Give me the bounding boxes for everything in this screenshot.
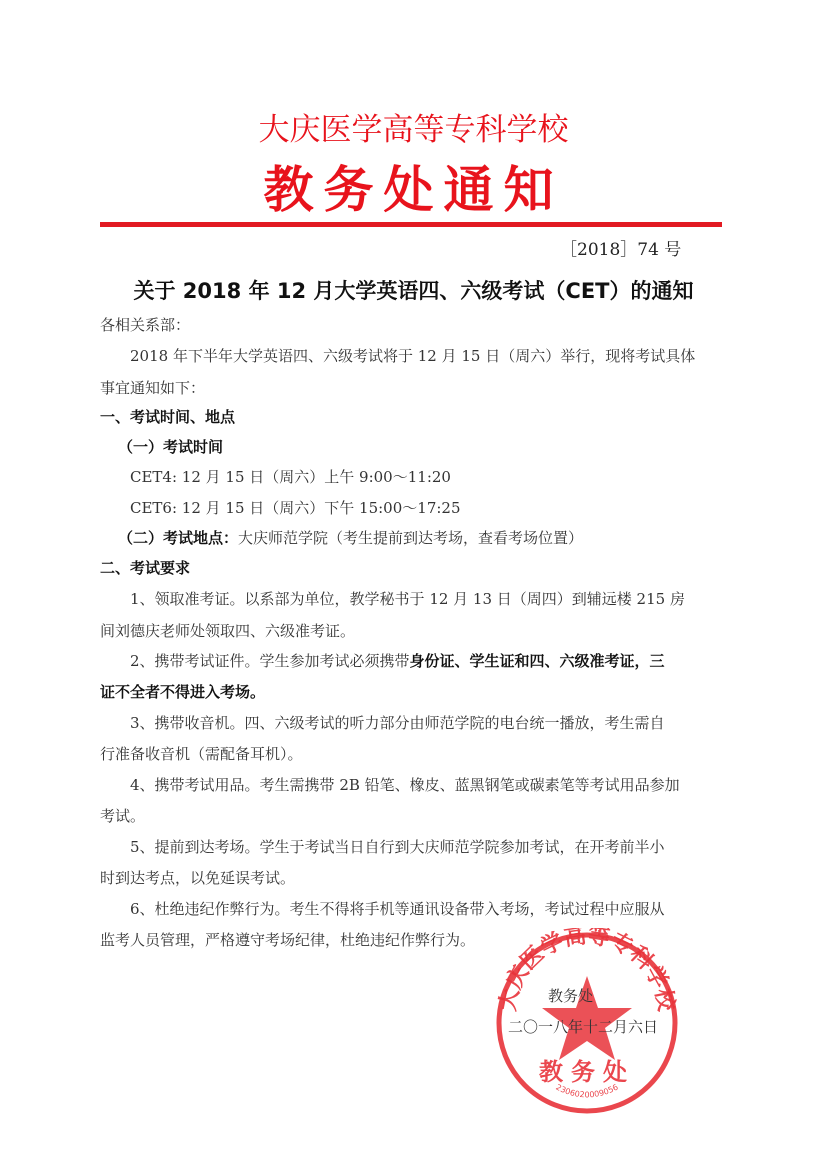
requirement-2-line-1: 2、携带考试证件。学生参加考试必须携带身份证、学生证和四、六级准考证，三 (130, 650, 665, 671)
requirement-2-bold: 身份证、学生证和四、六级准考证，三 (410, 652, 665, 670)
exam-location-value: 大庆师范学院（考生提前到达考场，查看考场位置） (238, 529, 583, 547)
document-number: ［2018］74 号 (560, 235, 681, 260)
intro-line-2: 事宜通知如下： (100, 377, 205, 398)
seal-center-text: 教务处 (539, 1058, 635, 1086)
section-1-heading: 一、考试时间、地点 (100, 406, 235, 427)
school-name: 大庆医学高等专科学校 (0, 104, 827, 149)
salutation: 各相关系部： (100, 314, 190, 335)
header-divider (100, 222, 722, 227)
issue-date: 二〇一八年十二月六日 (508, 1016, 658, 1037)
section-2-heading: 二、考试要求 (100, 557, 190, 578)
requirement-1-line-1: 1、领取准考证。以系部为单位，教学秘书于 12 月 13 日（周四）到辅远楼 2… (130, 588, 685, 609)
requirement-2-line-2: 证不全者不得进入考场。 (100, 681, 265, 702)
cet6-time: CET6: 12 月 15 日（周六）下午 15:00～17:25 (130, 497, 461, 518)
requirement-6-line-2: 监考人员管理，严格遵守考场纪律，杜绝违纪作弊行为。 (100, 929, 475, 950)
requirement-5-line-2: 时到达考点，以免延误考试。 (100, 867, 295, 888)
requirement-3-line-1: 3、携带收音机。四、六级考试的听力部分由师范学院的电台统一播放，考生需自 (130, 712, 665, 733)
exam-location: （二）考试地点：大庆师范学院（考生提前到达考场，查看考场位置） (118, 527, 583, 548)
requirement-6-line-1: 6、杜绝违纪作弊行为。考生不得将手机等通讯设备带入考场，考试过程中应服从 (130, 898, 665, 919)
requirement-1-line-2: 间刘德庆老师处领取四、六级准考证。 (100, 620, 355, 641)
requirement-2-text: 2、携带考试证件。学生参加考试必须携带 (130, 652, 410, 670)
requirement-5-line-1: 5、提前到达考场。学生于考试当日自行到大庆师范学院参加考试，在开考前半小 (130, 836, 665, 857)
notice-title: 关于 2018 年 12 月大学英语四、六级考试（CET）的通知 (0, 275, 827, 305)
requirement-4-line-1: 4、携带考试用品。考生需携带 2B 铅笔、橡皮、蓝黑钢笔或碳素笔等考试用品参加 (130, 774, 680, 795)
cet4-time: CET4: 12 月 15 日（周六）上午 9:00～11:20 (130, 466, 451, 487)
exam-location-label: （二）考试地点： (118, 529, 238, 547)
intro-line-1: 2018 年下半年大学英语四、六级考试将于 12 月 15 日（周六）举行，现将… (130, 345, 695, 366)
issuing-department: 教务处 (548, 985, 593, 1006)
requirement-3-line-2: 行准备收音机（需配备耳机）。 (100, 743, 303, 764)
section-1-sub-time: （一）考试时间 (118, 436, 223, 457)
notice-banner: 教务处通知 (0, 150, 827, 222)
requirement-4-line-2: 考试。 (100, 805, 145, 826)
